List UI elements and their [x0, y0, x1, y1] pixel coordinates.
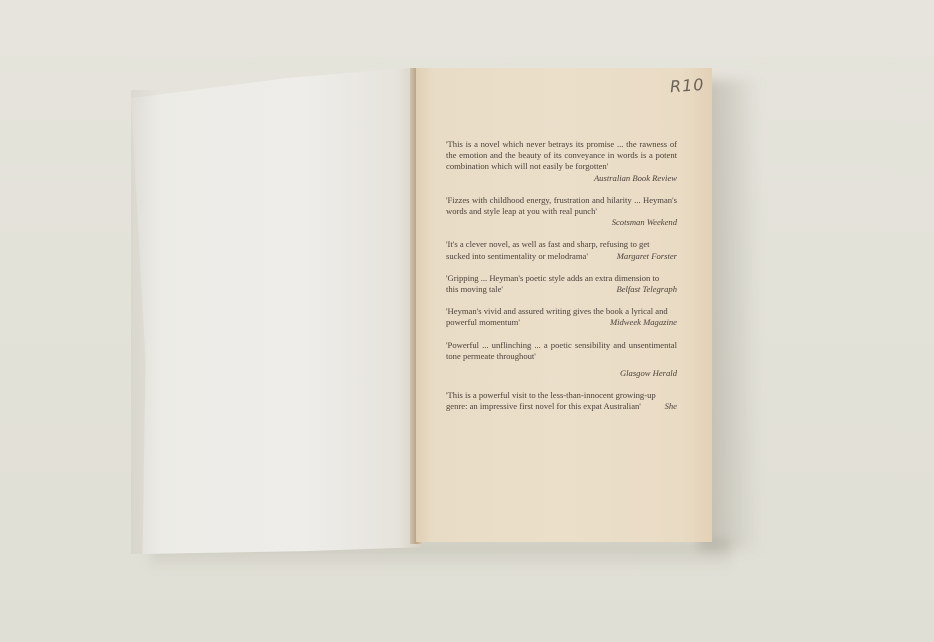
review-quote: 'Powerful ... unflinching ... a poetic s… — [446, 340, 677, 380]
review-quote: 'This is a powerful visit to the less-th… — [446, 390, 677, 412]
quote-text: sucked into sentimentality or melodrama' — [446, 251, 588, 262]
quote-text: 'Gripping ... Heyman's poetic style adds… — [446, 273, 677, 284]
quote-source: Scotsman Weekend — [446, 217, 677, 228]
quote-text: 'Heyman's vivid and assured writing give… — [446, 306, 677, 317]
quote-source: Belfast Telegraph — [616, 284, 677, 295]
quote-line: genre: an impressive first novel for thi… — [446, 401, 677, 412]
review-quote: 'Heyman's vivid and assured writing give… — [446, 306, 677, 328]
quote-source: Glasgow Herald — [446, 368, 677, 379]
quote-text: powerful momentum' — [446, 317, 520, 328]
left-page-edge — [131, 90, 161, 554]
quote-source: Margaret Forster — [617, 251, 677, 262]
quote-text: 'Fizzes with childhood energy, frustrati… — [446, 195, 677, 217]
quote-source: Midweek Magazine — [610, 317, 677, 328]
quote-source: Australian Book Review — [446, 173, 677, 184]
review-quote: 'It's a clever novel, as well as fast an… — [446, 239, 677, 261]
quote-text: this moving tale' — [446, 284, 503, 295]
quote-source: She — [665, 401, 677, 412]
quote-line: powerful momentum' Midweek Magazine — [446, 317, 677, 328]
handwritten-price-note: R10 — [669, 75, 705, 96]
review-quote: 'Gripping ... Heyman's poetic style adds… — [446, 273, 677, 295]
quote-text: 'This is a novel which never betrays its… — [446, 139, 677, 173]
quote-text: 'It's a clever novel, as well as fast an… — [446, 239, 677, 250]
quote-text: genre: an impressive first novel for thi… — [446, 401, 641, 412]
review-quote: 'This is a novel which never betrays its… — [446, 139, 677, 184]
review-quotes: 'This is a novel which never betrays its… — [446, 139, 677, 424]
left-page-blank — [131, 68, 421, 554]
quote-text: 'Powerful ... unflinching ... a poetic s… — [446, 340, 677, 362]
quote-line: this moving tale' Belfast Telegraph — [446, 284, 677, 295]
quote-line: sucked into sentimentality or melodrama'… — [446, 251, 677, 262]
review-quote: 'Fizzes with childhood energy, frustrati… — [446, 195, 677, 229]
quote-text: 'This is a powerful visit to the less-th… — [446, 390, 677, 401]
